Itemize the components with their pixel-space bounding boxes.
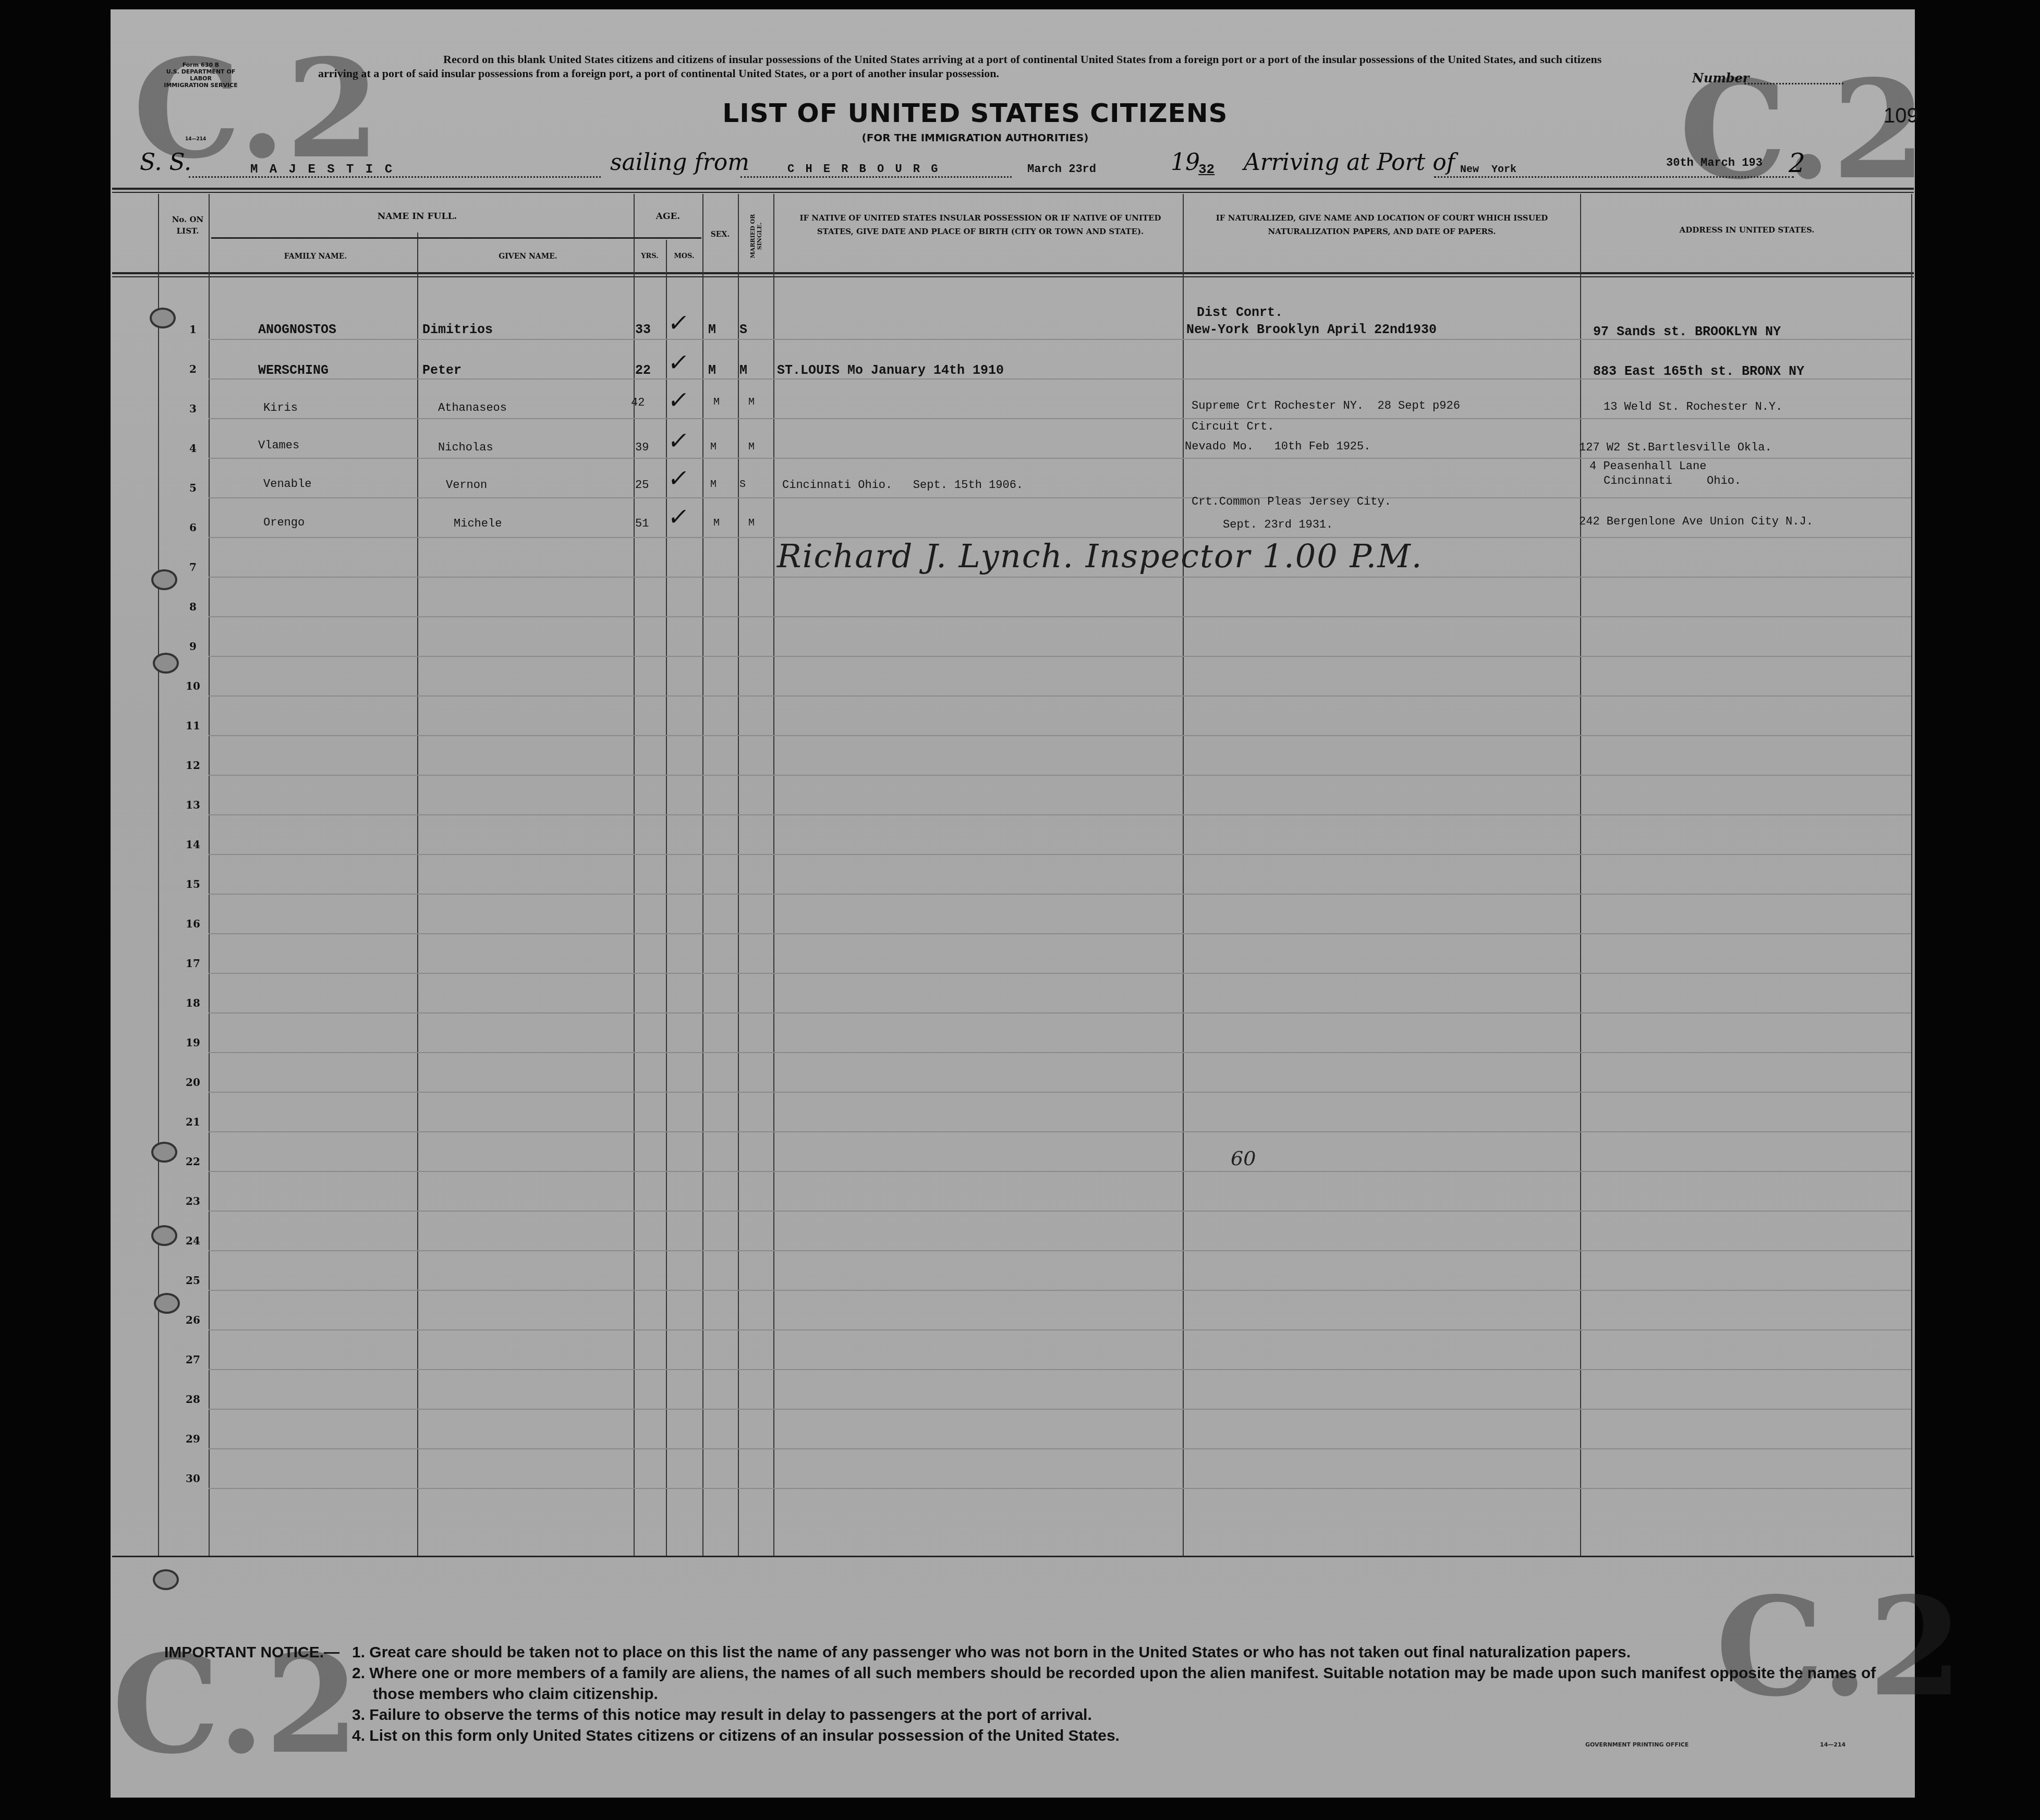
row-number: 18 [177,997,209,1009]
year-suffix: 32 [1198,162,1215,177]
row2-age-yrs: 22 [635,363,651,378]
row-number: 14 [177,838,209,851]
row6-given-name: Michele [454,517,502,530]
header-no-on-list: No. ON LIST. [167,214,209,237]
row1-marital: S [739,322,747,337]
row-rule [209,577,1911,578]
row3-sex: M [713,396,720,408]
row-number: 21 [177,1116,209,1128]
departure-date: March 23rd [1027,163,1096,176]
row4-sex: M [710,441,717,453]
header-rule-bottom-2 [112,276,1914,277]
header-name-in-full: NAME IN FULL. [313,211,521,222]
row-number: 3 [177,402,209,415]
number-label: Number [1692,70,1749,85]
row-rule [209,973,1911,974]
row-rule [209,735,1911,736]
row-number: 11 [177,719,209,732]
row5-marital: S [739,479,746,491]
name-age-divider [211,237,701,239]
number-field-line [1744,82,1843,84]
header-native-birth: IF NATIVE OF UNITED STATES INSULAR POSSE… [782,211,1179,238]
row6-marital: M [748,517,755,529]
binder-hole [151,1225,177,1246]
notice-heading: IMPORTANT NOTICE.— [164,1642,339,1663]
row1-age-yrs: 33 [635,322,651,337]
row3-age-yrs: 42 [631,396,645,409]
col-line-yrs [666,240,667,1556]
arrival-year-suffix: 2 [1789,148,1805,178]
header-age: AGE. [634,211,702,222]
row-rule [209,1250,1911,1251]
row3-nat-line1: Supreme Crt Rochester NY. 28 Sept p926 [1192,399,1460,412]
year-prefix: 19 [1171,149,1200,176]
row-rule [209,894,1911,895]
row2-given-name: Peter [422,363,462,378]
row-number: 12 [177,759,209,772]
binder-hole [154,1293,180,1314]
row-number: 6 [177,521,209,534]
port-from-field-line [740,176,1012,178]
col-line-native [1183,194,1184,1556]
port-from: C H E R B O U R G [787,163,940,176]
row-number: 22 [177,1155,209,1168]
row-number: 2 [177,363,209,375]
row1-nat-line1: Dist Conrt. [1197,305,1283,320]
row5-birth: Cincinnati Ohio. Sept. 15th 1906. [782,479,1023,492]
row4-nat-line2: Nevado Mo. 10th Feb 1925. [1185,440,1370,453]
table-bottom-rule [112,1556,1914,1557]
header-married-or-single: MARRIED OR SINGLE. [749,200,763,273]
row-rule [209,1290,1911,1291]
row3-given-name: Athanaseos [438,401,507,414]
form-id-block: Form 630 B U.S. DEPARTMENT OF LABOR IMMI… [156,62,245,89]
header-rule-top-2 [112,192,1914,193]
row3-marital: M [748,396,755,408]
inspector-signature: Richard J. Lynch. Inspector 1.00 P.M. [777,537,1423,575]
col-line-sex [738,194,739,1556]
vessel-name: M A J E S T I C [250,163,394,177]
header-family-name: FAMILY NAME. [214,252,417,261]
row5-sex: M [710,479,717,491]
row-rule [209,1409,1911,1410]
col-line-mos [702,194,703,1556]
row-number: 26 [177,1314,209,1326]
row-number: 28 [177,1393,209,1406]
row-rule [209,1092,1911,1093]
arrival-date: 30th March 193 [1666,156,1763,169]
row-number: 10 [177,680,209,692]
row-rule [209,1448,1911,1449]
row-number: 1 [177,323,209,336]
binder-hole [153,1569,179,1590]
service: IMMIGRATION SERVICE [156,82,245,89]
department: U.S. DEPARTMENT OF LABOR [156,68,245,82]
header-given-name: GIVEN NAME. [422,252,634,261]
important-notice: IMPORTANT NOTICE.— 1. Great care should … [164,1642,1885,1746]
sailing-from-label: sailing from [610,149,749,176]
row5-address-line1: 4 Peasenhall Lane [1589,460,1706,473]
row5-family-name: Venable [263,478,311,491]
header-naturalized: IF NATURALIZED, GIVE NAME AND LOCATION O… [1189,211,1575,238]
binder-hole [151,1142,177,1163]
row-rule [209,933,1911,934]
row-number: 4 [177,442,209,455]
binder-hole [153,653,179,674]
row4-nat-line1: Circuit Crt. [1192,420,1274,433]
col-line-married [773,194,774,1556]
row-rule [209,1329,1911,1330]
row2-sex: M [708,363,716,378]
row-number: 15 [177,878,209,890]
header-address: ADDRESS IN UNITED STATES. [1585,225,1909,235]
header-mos: MOS. [666,252,702,260]
row-number: 17 [177,957,209,970]
row6-age-yrs: 51 [635,517,649,530]
arriving-label: Arriving at Port of [1244,149,1455,176]
notice-item-1: 1. Great care should be taken not to pla… [164,1642,1885,1663]
row1-address: 97 Sands st. BROOKLYN NY [1593,324,1781,339]
row-rule [209,814,1911,815]
notice-item-2: 2. Where one or more members of a family… [164,1663,1885,1705]
col-line-naturalized [1580,194,1581,1556]
notice-item-3: 3. Failure to observe the terms of this … [164,1705,1885,1726]
row-number: 27 [177,1353,209,1366]
row-rule [209,616,1911,617]
row1-family-name: ANOGNOSTOS [258,322,336,337]
row-number: 16 [177,918,209,930]
row-rule [209,695,1911,697]
row5-address-line2: Cincinnati Ohio. [1604,474,1741,487]
row-number: 9 [177,640,209,653]
document-title: LIST OF UNITED STATES CITIZENS [636,98,1314,128]
col-line-address [1911,194,1912,1556]
margin-note: 60 [1231,1147,1256,1170]
printer-imprint: GOVERNMENT PRINTING OFFICE [1585,1741,1689,1748]
row-number: 5 [177,482,209,494]
margin-line [158,194,159,1556]
row6-nat-line1: Crt.Common Pleas Jersey City. [1192,495,1391,508]
row-rule [209,1369,1911,1370]
row-rule [209,854,1911,855]
row-number: 7 [177,561,209,573]
row-number: 24 [177,1235,209,1247]
header-rule-top [112,188,1914,190]
row2-address: 883 East 165th st. BRONX NY [1593,364,1804,379]
document-subtitle: (FOR THE IMMIGRATION AUTHORITIES) [730,131,1220,144]
form-number: Form 630 B [156,62,245,68]
row-number: 19 [177,1036,209,1049]
binder-hole [150,308,176,328]
row-number: 30 [177,1472,209,1485]
ss-label: S. S. [140,149,191,176]
row-rule [209,1171,1911,1172]
row4-address: 127 W2 St.Bartlesville Okla. [1579,441,1772,454]
row3-family-name: Kiris [263,401,298,414]
row1-given-name: Dimitrios [422,322,493,337]
row-number: 25 [177,1274,209,1287]
row1-nat-line2: New-York Brooklyn April 22nd1930 [1186,322,1437,337]
row6-address: 242 Bergenlone Ave Union City N.J. [1579,515,1813,528]
row4-given-name: Nicholas [438,441,493,454]
row-number: 29 [177,1433,209,1445]
page-number: 109 [1884,104,1918,128]
row3-address: 13 Weld St. Rochester N.Y. [1604,400,1782,413]
row6-family-name: Orengo [263,516,305,529]
row2-marital: M [739,363,747,378]
row-rule [209,775,1911,776]
row4-family-name: Vlames [258,439,299,452]
col-line-no [209,194,210,1556]
row-number: 20 [177,1076,209,1089]
binder-hole [151,569,177,590]
row4-marital: M [748,441,755,453]
row1-sex: M [708,322,716,337]
row2-birth: ST.LOUIS Mo January 14th 1910 [777,363,1004,378]
row6-sex: M [713,517,720,529]
header-rule-bottom [112,272,1914,274]
row6-nat-line2: Sept. 23rd 1931. [1223,518,1333,531]
row-rule [209,1012,1911,1013]
preamble-text: Record on this blank United States citiz… [318,52,1611,80]
port-of-arrival: New York [1460,164,1516,176]
document-page [111,9,1915,1798]
row5-given-name: Vernon [446,479,487,492]
header-sex: SEX. [702,230,738,239]
row-number: 13 [177,799,209,811]
row-rule [209,1211,1911,1212]
printer-code: 14—214 [1820,1741,1845,1748]
row-rule [209,418,1911,419]
arrival-field-line [1434,176,1794,178]
row5-age-yrs: 25 [635,479,649,492]
row4-age-yrs: 39 [635,441,649,454]
row-rule [209,1488,1911,1489]
row-rule [209,1052,1911,1053]
row-rule [209,497,1911,498]
row-rule [209,1131,1911,1132]
row-number: 23 [177,1195,209,1207]
row-rule [209,458,1911,459]
header-yrs: YRS. [634,252,666,260]
row-number: 8 [177,601,209,613]
form-code: 14—214 [185,137,206,142]
row-rule [209,656,1911,657]
row2-family-name: WERSCHING [258,363,329,378]
